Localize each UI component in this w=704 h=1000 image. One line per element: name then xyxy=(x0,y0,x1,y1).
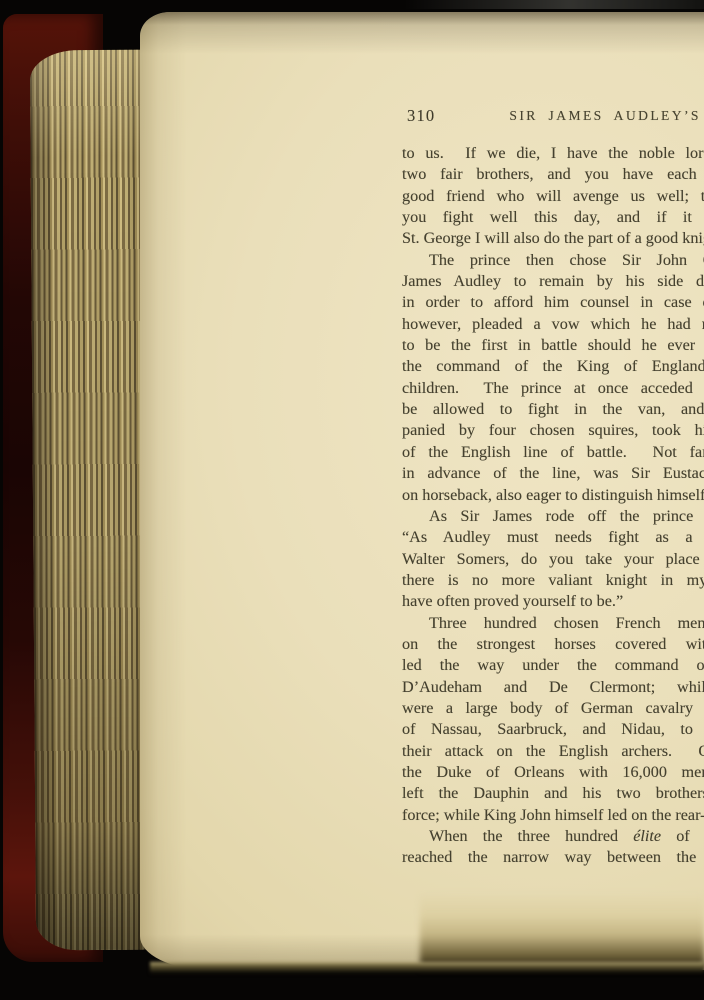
text-line: led the way under the command of the Mar… xyxy=(402,655,704,676)
text-line: the Duke of Orleans with 16,000 men-at-a… xyxy=(402,762,704,783)
text-line: panied by four chosen squires, took his … xyxy=(402,420,704,441)
text-line: The prince then chose Sir John Chandos a… xyxy=(402,250,704,271)
paragraph: Three hundred chosen French men-at-arms … xyxy=(402,613,704,826)
book-page-surface: 310 SIR JAMES AUDLEY’S VOW. to us. If we… xyxy=(140,12,704,970)
running-header: SIR JAMES AUDLEY’S VOW. xyxy=(402,104,704,124)
text-line: of the English line of battle. Not far f… xyxy=(402,442,704,463)
text-line: good friend who will avenge us well; thu… xyxy=(402,186,704,207)
text-line: St. George I will also do the part of a … xyxy=(402,228,704,249)
photo-glint xyxy=(404,0,704,9)
text-line: be allowed to fight in the van, and Audl… xyxy=(402,399,704,420)
book-photo: 310 SIR JAMES AUDLEY’S VOW. to us. If we… xyxy=(0,0,704,1000)
text-line: have often proved yourself to be.” xyxy=(402,591,704,612)
text-line: on horseback, also eager to distinguish … xyxy=(402,485,704,506)
text-line: Walter Somers, do you take your place by… xyxy=(402,549,704,570)
text-line: in order to afford him counsel in case o… xyxy=(402,292,704,313)
text-line: “As Audley must needs fight as a knight-… xyxy=(402,527,704,548)
text-line: D’Audeham and De Clermont; while behind … xyxy=(402,677,704,698)
text-line: of Nassau, Saarbruck, and Nidau, to supp… xyxy=(402,719,704,740)
text-line: there is no more valiant knight in my ar… xyxy=(402,570,704,591)
text-line: on the strongest horses covered with ste… xyxy=(402,634,704,655)
text-line: force; while King John himself led on th… xyxy=(402,805,704,826)
text-line: two fair brothers, and you have each of … xyxy=(402,164,704,185)
paragraph: The prince then chose Sir John Chandos a… xyxy=(402,250,704,506)
text-line: children. The prince at once acceded to … xyxy=(402,378,704,399)
text-block: 310 SIR JAMES AUDLEY’S VOW. to us. If we… xyxy=(402,104,704,869)
page-header: 310 SIR JAMES AUDLEY’S VOW. xyxy=(402,104,704,126)
text-line: As Sir James rode off the prince turned … xyxy=(402,506,704,527)
text-line: When the three hundred élite of the Fren… xyxy=(402,826,704,847)
text-line: their attack on the English archers. On … xyxy=(402,741,704,762)
under-pages-blur xyxy=(420,892,704,970)
text-line: Three hundred chosen French men-at-arms … xyxy=(402,613,704,634)
text-line: James Audley to remain by his side durin… xyxy=(402,271,704,292)
page-bottom-edge xyxy=(150,962,704,974)
text-line: in advance of the line, was Sir Eustace … xyxy=(402,463,704,484)
text-line: left the Dauphin and his two brothers wi… xyxy=(402,783,704,804)
text-line: to us. If we die, I have the noble lord,… xyxy=(402,143,704,164)
paragraph: As Sir James rode off the prince turned … xyxy=(402,506,704,613)
text-line: however, pleaded a vow which he had made… xyxy=(402,314,704,335)
text-line: you fight well this day, and if it pleas… xyxy=(402,207,704,228)
paragraph: to us. If we die, I have the noble lord,… xyxy=(402,143,704,250)
text-line: reached the narrow way between the hedge… xyxy=(402,847,704,868)
text-line: the command of the King of England or an… xyxy=(402,356,704,377)
paragraphs: to us. If we die, I have the noble lord,… xyxy=(402,143,704,869)
text-line: were a large body of German cavalry unde… xyxy=(402,698,704,719)
text-line: to be the first in battle should he ever… xyxy=(402,335,704,356)
paragraph: When the three hundred élite of the Fren… xyxy=(402,826,704,869)
page-number: 310 xyxy=(407,106,435,126)
